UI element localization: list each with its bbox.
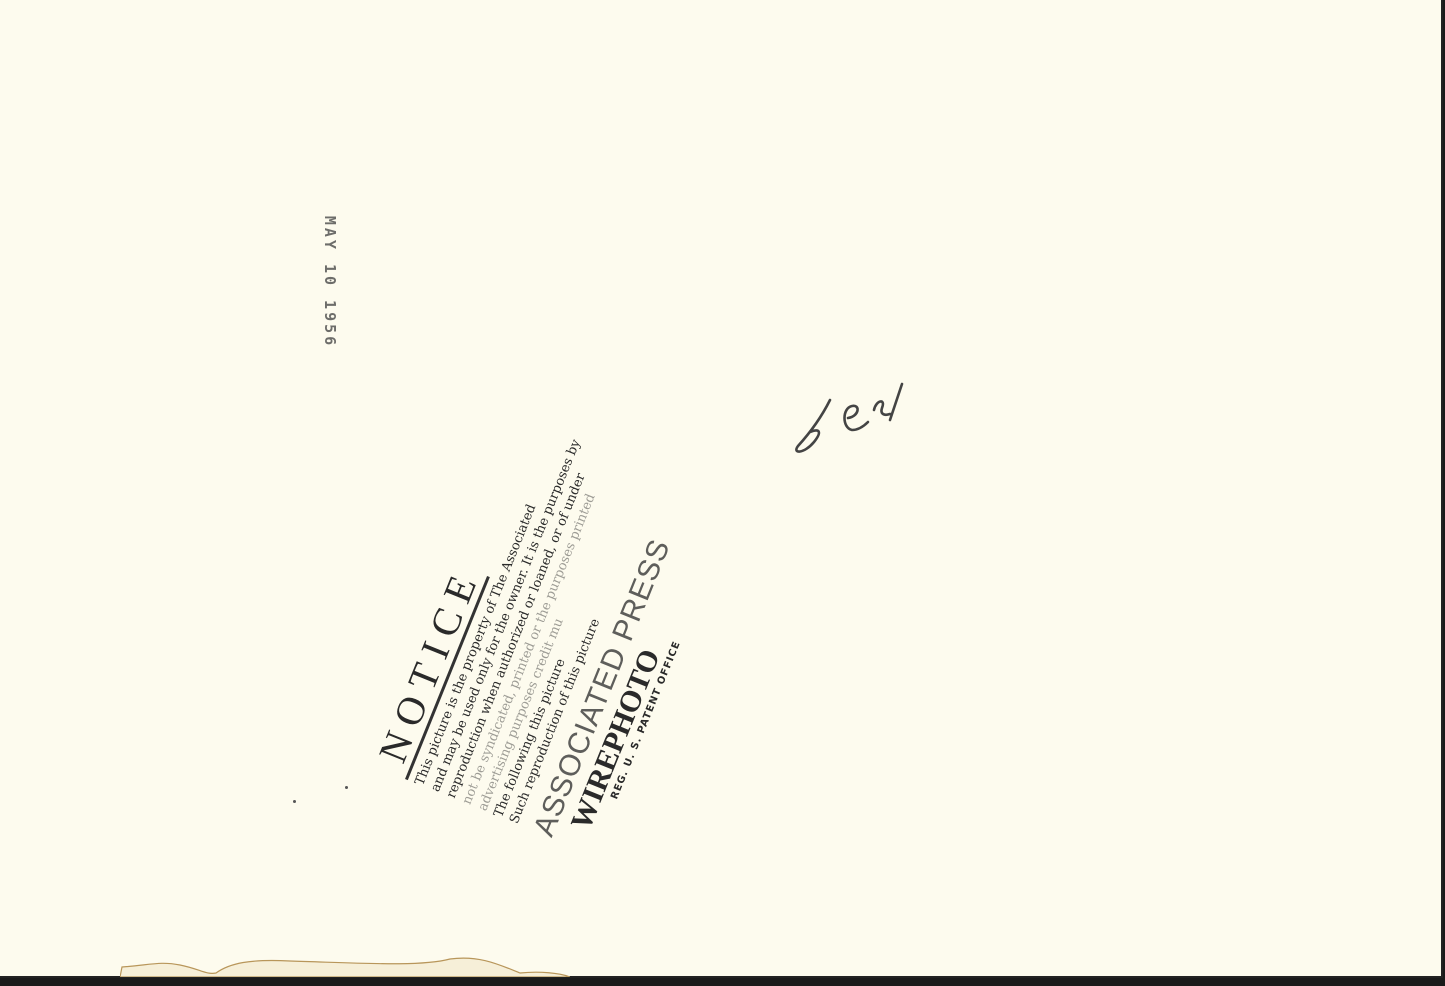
- photo-back-paper: MAY 10 1956 NOTICE This picture is the p…: [0, 0, 1443, 978]
- speck: [293, 800, 296, 803]
- speck: [345, 786, 348, 789]
- date-stamp: MAY 10 1956: [321, 216, 339, 348]
- handwritten-note: d e s l: [790, 380, 940, 460]
- water-stain: [120, 955, 570, 977]
- notice-stamp: NOTICE This picture is the property of T…: [368, 245, 828, 865]
